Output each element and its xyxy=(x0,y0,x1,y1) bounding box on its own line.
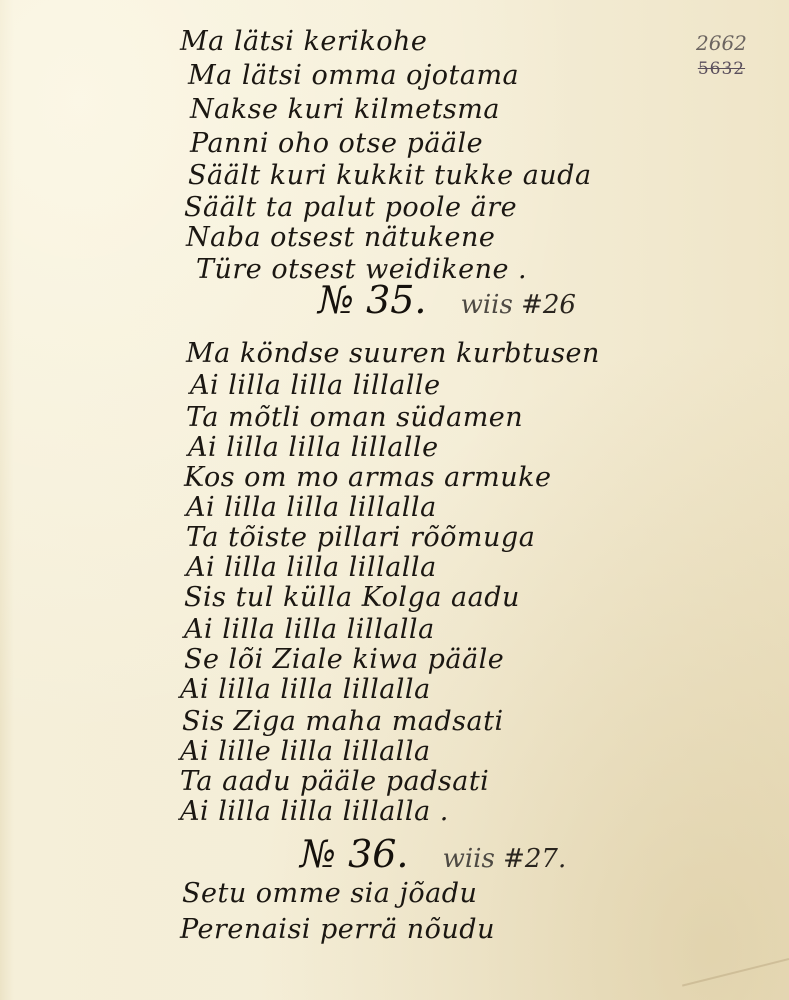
melody-reference: wiis #27. xyxy=(443,844,567,874)
verse-line: Panni oho otse pääle xyxy=(190,128,483,159)
archive-number-stamp: 2662 5632 xyxy=(696,30,747,82)
verse-line: Sis Ziga maha madsati xyxy=(182,706,504,737)
number-sign: № xyxy=(318,278,354,322)
verse-line: Säält ta palut poole äre xyxy=(184,192,517,223)
verse-line: Ai lilla lilla lillalla xyxy=(180,674,431,705)
verse-line: Ta tõiste pillari rõõmuga xyxy=(186,522,535,553)
verse-line: Ai lilla lilla lillalla xyxy=(184,614,435,645)
verse-line: Ai lilla lilla lillalle xyxy=(188,432,439,463)
verse-line: Naba otsest nätukene xyxy=(186,222,495,253)
verse-line: Ai lilla lilla lillalla xyxy=(186,552,437,583)
verse-line: Ai lille lilla lillalla xyxy=(180,736,431,767)
verse-line: Ma lätsi kerikohe xyxy=(180,26,427,57)
verse-line: Kos om mo armas armuke xyxy=(184,462,552,493)
number-sign: № xyxy=(300,832,336,876)
verse-line: Perenaisi perrä nõudu xyxy=(180,914,495,945)
archive-number-current: 2662 xyxy=(696,30,747,56)
verse-line: Ma köndse suuren kurbtusen xyxy=(186,338,600,369)
verse-line: Ma lätsi omma ojotama xyxy=(188,60,519,91)
section-number: 35. xyxy=(366,278,426,322)
verse-line: Ai lilla lilla lillalla . xyxy=(180,796,449,827)
verse-line: Sis tul külla Kolga aadu xyxy=(184,582,520,613)
verse-line: Säält kuri kukkit tukke auda xyxy=(188,160,592,191)
verse-line: Setu omme sia jõadu xyxy=(182,878,477,909)
verse-line: Se lõi Ziale kiwa pääle xyxy=(184,644,504,675)
verse-line: Ai lilla lilla lillalle xyxy=(190,370,441,401)
verse-line: Ta mõtli oman südamen xyxy=(186,402,523,433)
verse-line: Ta aadu pääle padsati xyxy=(180,766,489,797)
verse-line: Nakse kuri kilmetsma xyxy=(190,94,500,125)
section-heading-36: № 36. wiis #27. xyxy=(300,832,566,876)
section-heading-35: № 35. wiis #26 xyxy=(318,278,576,322)
section-number: 36. xyxy=(348,832,408,876)
archive-number-struck: 5632 xyxy=(696,56,747,82)
verse-line: Ai lilla lilla lillalla xyxy=(186,492,437,523)
melody-reference: wiis #26 xyxy=(461,290,576,320)
